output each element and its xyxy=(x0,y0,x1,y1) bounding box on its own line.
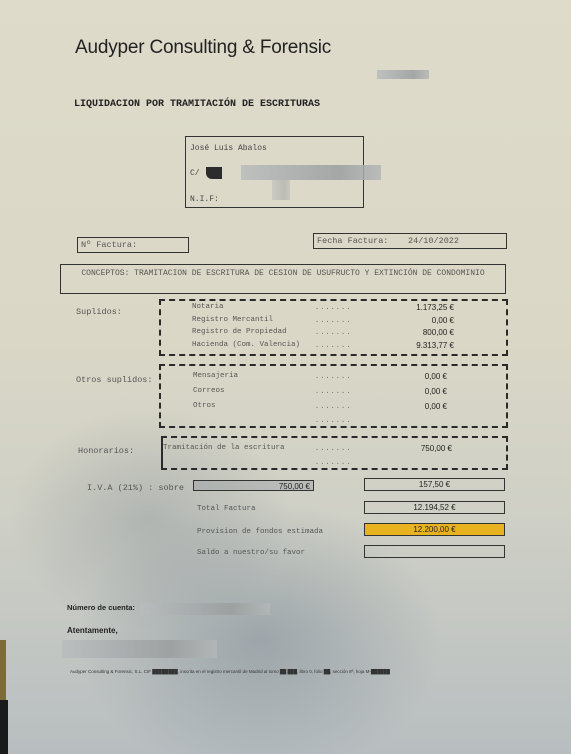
line-item-name: Mensajeria xyxy=(193,372,238,380)
concepts-box: CONCEPTOS: TRAMITACION DE ESCRITURA DE C… xyxy=(60,264,506,294)
line-item-dots: ....... xyxy=(315,304,351,312)
total-field: 12.194,52 € xyxy=(364,501,505,514)
client-box: José Luis Abalos C/ N.I.F: xyxy=(185,136,364,208)
client-nif-label: N.I.F: xyxy=(190,195,219,204)
iva-base-field: 750,00 € xyxy=(193,480,314,491)
provision-label: Provision de fondos estimada xyxy=(197,528,323,536)
iva-label: I.V.A (21%) : sobre xyxy=(87,483,184,493)
line-item-amount: 9.313,77 € xyxy=(374,341,454,350)
concepts-text: CONCEPTOS: TRAMITACION DE ESCRITURA DE C… xyxy=(61,265,505,279)
line-item-name: Tramitación de la escritura xyxy=(163,444,285,452)
redacted-block xyxy=(206,167,222,179)
line-item-name: Notaria xyxy=(192,303,224,311)
otros-trailing-dots: ....... xyxy=(315,417,351,425)
line-item-name: Correos xyxy=(193,387,225,395)
line-item-dots: ....... xyxy=(315,317,351,325)
background-edge xyxy=(0,640,6,700)
honorarios-label: Honorarios: xyxy=(78,446,134,456)
saldo-field xyxy=(364,545,505,558)
background-edge-dark xyxy=(0,700,8,754)
line-item-name: Otros xyxy=(193,402,216,410)
document-page: Audyper Consulting & Forensic LIQUIDACIO… xyxy=(0,0,571,754)
suplidos-label: Suplidos: xyxy=(76,307,122,317)
footer-legal-text: Audyper Consulting & Forensic, S.L. CIF … xyxy=(70,669,390,674)
closing-text: Atentamente, xyxy=(67,626,118,635)
redacted-block xyxy=(377,70,429,79)
invoice-date-value: 24/10/2022 xyxy=(408,236,459,246)
line-item-dots: ....... xyxy=(315,329,351,337)
line-item-dots: ....... xyxy=(315,445,351,453)
line-item-amount: 0,00 € xyxy=(367,402,447,411)
line-item-name: Hacienda (Com. Valencia) xyxy=(192,341,300,349)
line-item-amount: 750,00 € xyxy=(372,444,452,453)
line-item-name: Registro de Propiedad xyxy=(192,328,287,336)
line-item-name: Registro Mercantil xyxy=(192,316,273,324)
company-name: Audyper Consulting & Forensic xyxy=(75,37,331,59)
line-item-amount: 0,00 € xyxy=(367,372,447,381)
client-address-label: C/ xyxy=(190,169,200,178)
line-item-amount: 800,00 € xyxy=(374,328,454,337)
provision-field: 12.200,00 € xyxy=(364,523,505,536)
line-item-dots: ....... xyxy=(315,403,351,411)
document-title: LIQUIDACION POR TRAMITACIÓN DE ESCRITURA… xyxy=(74,99,320,110)
line-item-amount: 0,00 € xyxy=(367,387,447,396)
invoice-number-label: Nº Factura: xyxy=(81,240,137,250)
line-item-amount: 0,00 € xyxy=(374,316,454,325)
honorarios-trailing-dots: ....... xyxy=(315,459,351,467)
redacted-address xyxy=(241,165,381,180)
otros-suplidos-label: Otros suplidos: xyxy=(76,375,153,385)
invoice-number-box: Nº Factura: xyxy=(77,237,189,253)
line-item-dots: ....... xyxy=(315,388,351,396)
redacted-account xyxy=(140,603,270,615)
invoice-date-box: Fecha Factura: 24/10/2022 xyxy=(313,233,507,249)
invoice-date-label: Fecha Factura: xyxy=(317,236,388,246)
redacted-signature xyxy=(62,640,217,658)
line-item-dots: ....... xyxy=(315,373,351,381)
account-label: Número de cuenta: xyxy=(67,603,135,612)
iva-amount-field: 157,50 € xyxy=(364,478,505,491)
client-name: José Luis Abalos xyxy=(190,144,267,153)
total-label: Total Factura xyxy=(197,505,256,513)
line-item-amount: 1.173,25 € xyxy=(374,303,454,312)
line-item-dots: ....... xyxy=(315,342,351,350)
redacted-block xyxy=(272,180,290,200)
saldo-label: Saldo a nuestro/su favor xyxy=(197,549,305,557)
